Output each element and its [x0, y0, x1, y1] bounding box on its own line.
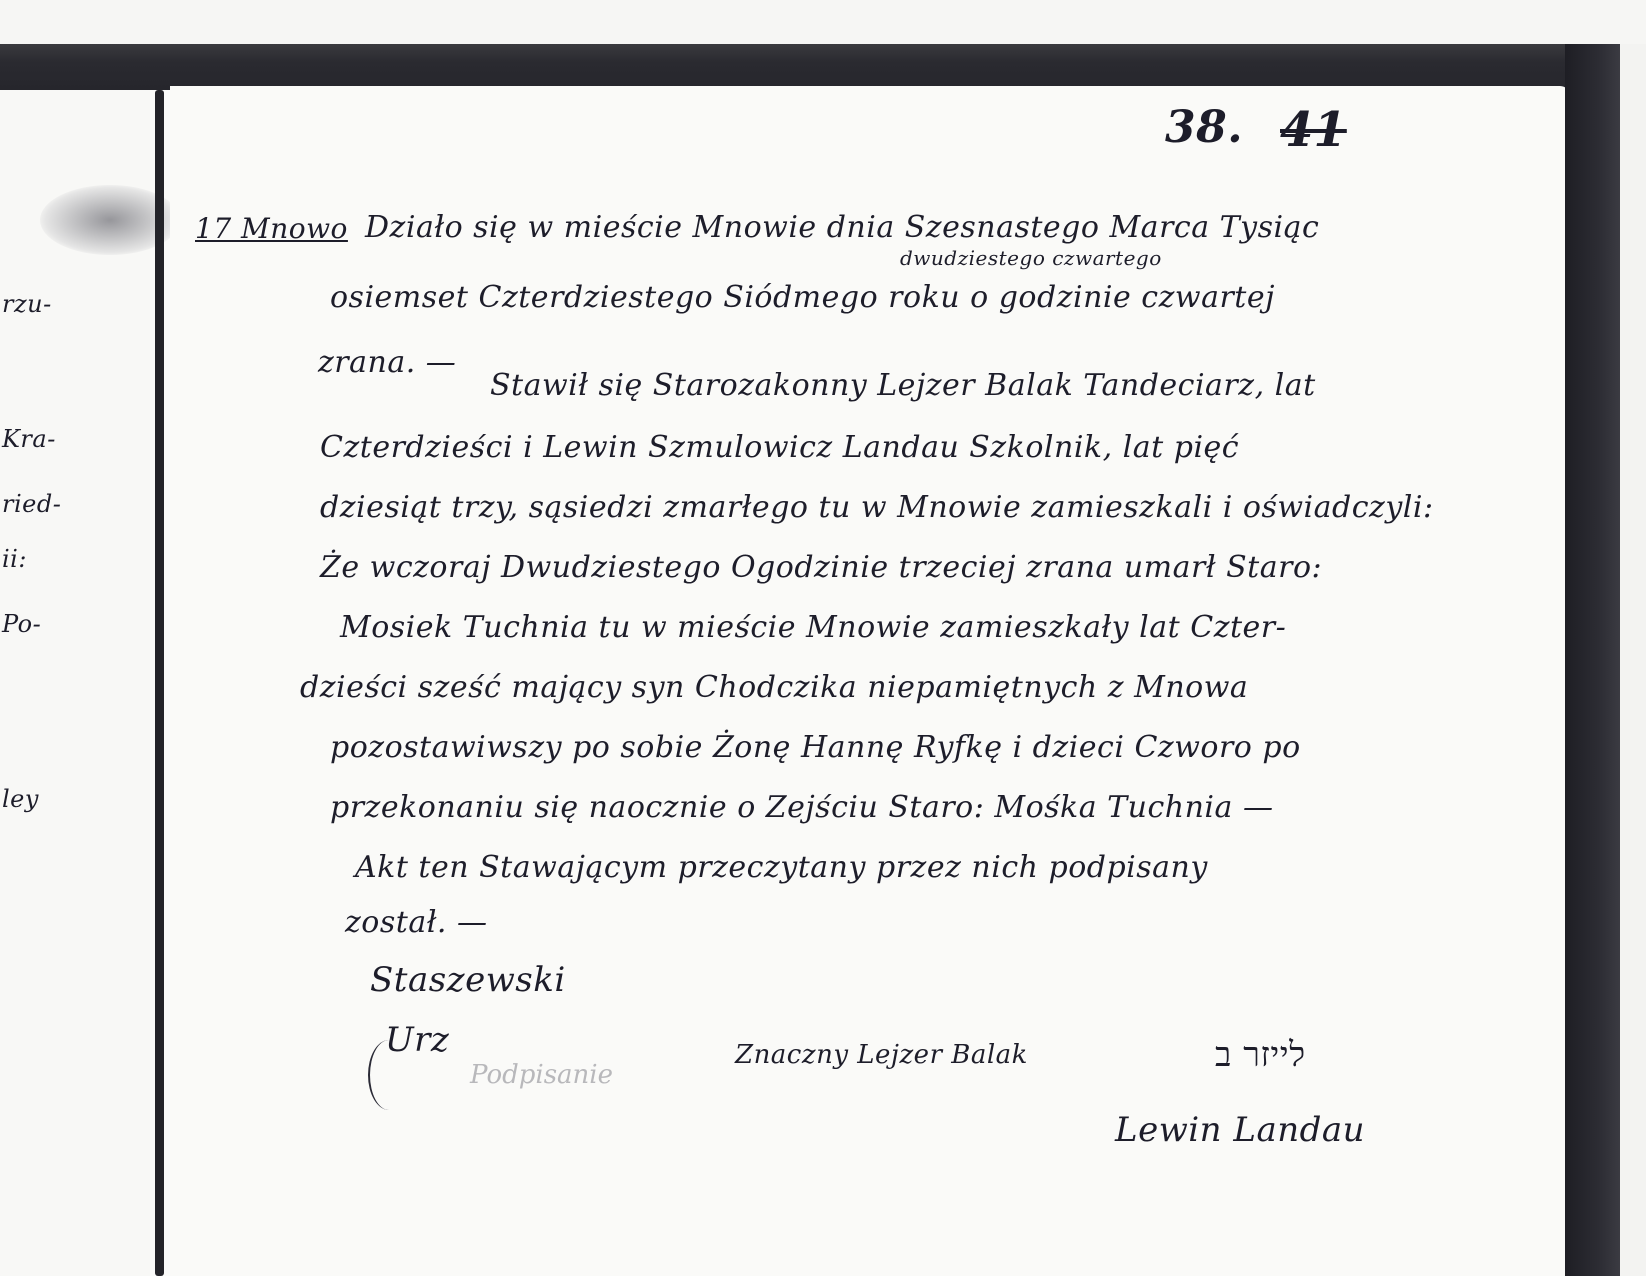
bracket-mark — [368, 1040, 410, 1110]
record-line: osiemset Czterdziestego Siódmego roku o … — [330, 280, 1275, 315]
record-line: Czterdzieści i Lewin Szmulowicz Landau S… — [320, 430, 1239, 465]
scanned-document: rzu- Kra- ried- ii: Po- ley 38. 41 17 Mn… — [0, 0, 1646, 1276]
official-signature: Staszewski — [370, 960, 566, 1000]
left-page-fragment: Po- — [2, 610, 41, 638]
left-page-fragment: ii: — [2, 545, 27, 573]
bleedthrough-text: Podpisanie — [470, 1060, 613, 1090]
record-line: Stawił się Starozakonny Lejzer Balak Tan… — [490, 368, 1316, 403]
record-line: Akt ten Stawającym przeczytany przez nic… — [355, 850, 1208, 885]
left-page-fragment: ried- — [2, 490, 61, 518]
left-page-fragment: rzu- — [2, 290, 52, 318]
margin-note: 17 Mnowo — [195, 212, 348, 245]
left-facing-page — [0, 90, 150, 1276]
record-line: Że wczoraj Dwudziestego Ogodzinie trzeci… — [320, 550, 1322, 585]
folio-number: 38. — [1165, 102, 1243, 153]
record-line: Działo się w mieście Mnowie dnia Szesnas… — [365, 210, 1319, 245]
left-page-fragment: Kra- — [2, 425, 56, 453]
hebrew-signature: לייזר ב — [1215, 1035, 1306, 1075]
witness-signature: Znaczny Lejzer Balak — [735, 1040, 1028, 1070]
record-line: został. — — [345, 905, 488, 940]
struck-folio-number: 41 — [1280, 102, 1347, 158]
book-gutter — [155, 90, 164, 1276]
scan-right-dark-border — [1565, 44, 1620, 1276]
record-line: dzieści sześć mający syn Chodczika niepa… — [300, 670, 1248, 705]
scan-right-margin — [1620, 44, 1646, 1276]
witness-landau-signature: Lewin Landau — [1115, 1110, 1365, 1150]
record-line: przekonaniu się naocznie o Zejściu Staro… — [330, 790, 1273, 825]
left-page-fragment: ley — [2, 785, 39, 813]
record-line: Mosiek Tuchnia tu w mieście Mnowie zamie… — [340, 610, 1286, 645]
scan-top-dark-border — [0, 44, 1620, 90]
record-line: dziesiąt trzy, sąsiedzi zmarłego tu w Mn… — [320, 490, 1434, 525]
record-line: zrana. — — [318, 345, 456, 380]
scan-top-margin — [0, 0, 1646, 44]
interlinear-insertion: dwudziestego czwartego — [900, 246, 1162, 270]
record-line: pozostawiwszy po sobie Żonę Hannę Ryfkę … — [330, 730, 1301, 765]
